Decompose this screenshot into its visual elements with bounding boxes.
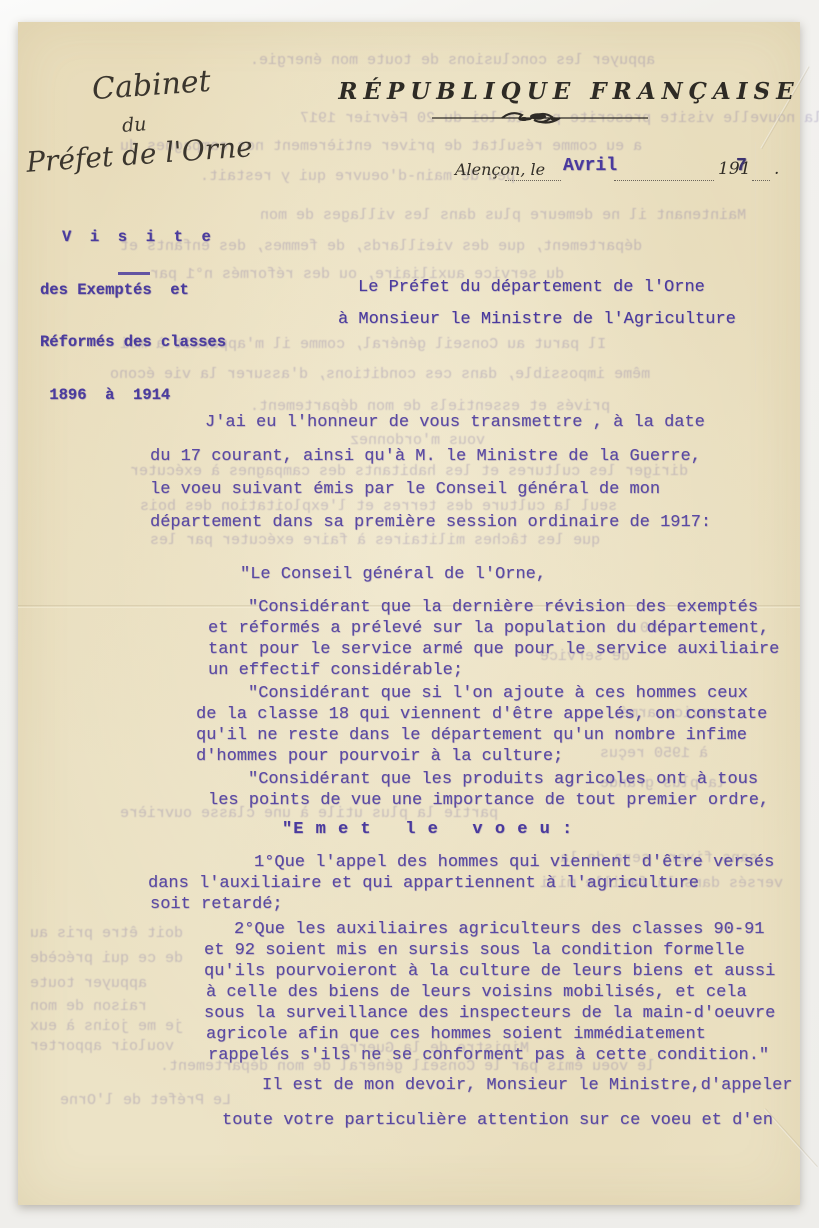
bleedthrough-text: de ce qui précède bbox=[30, 950, 183, 967]
body-line: J'ai eu l'honneur de vous transmettre , … bbox=[205, 413, 705, 432]
body-line: de la classe 18 qui viennent d'être appe… bbox=[196, 705, 767, 724]
body-line: sous la surveillance des inspecteurs de … bbox=[204, 1004, 775, 1023]
stamp-underline bbox=[118, 272, 150, 275]
scanned-letter-background: { "letterhead": { "cabinet_word": "Cabin… bbox=[0, 0, 819, 1228]
republique-francaise-title: RÉPUBLIQUE FRANÇAISE bbox=[336, 78, 802, 105]
stamp-line: des Exemptés et bbox=[40, 282, 226, 300]
ornament-divider-icon bbox=[432, 108, 648, 131]
body-line: "Considérant que les produits agricoles … bbox=[248, 770, 758, 789]
stamp-line: Réformés des classes bbox=[40, 334, 226, 352]
dotted-leader bbox=[752, 162, 770, 181]
bleedthrough-text: je me joins à eux bbox=[30, 1018, 183, 1035]
body-line: "Le Conseil général de l'Orne, bbox=[240, 565, 546, 584]
body-line: toute votre particulière attention sur c… bbox=[222, 1111, 773, 1130]
dotted-leader bbox=[505, 162, 561, 181]
body-line: "Considérant que si l'on ajoute à ces ho… bbox=[248, 684, 748, 703]
recipient-line: à Monsieur le Ministre de l'Agriculture bbox=[338, 310, 736, 329]
body-line: département dans sa première session ord… bbox=[150, 513, 711, 532]
bleedthrough-text: appuyer les conclusions de toute mon éne… bbox=[250, 52, 655, 69]
bleedthrough-text: vouloir apporter bbox=[30, 1038, 174, 1055]
body-line: du 17 courant, ainsi qu'à M. le Ministre… bbox=[150, 447, 701, 466]
body-line: "Considérant que la dernière révision de… bbox=[248, 598, 758, 617]
body-line: à celle des biens de leurs voisins mobil… bbox=[206, 983, 747, 1002]
body-line: et 92 soient mis en sursis sous la condi… bbox=[204, 941, 745, 960]
cabinet-script-line2: du bbox=[121, 113, 147, 137]
body-line: Il est de mon devoir, Monsieur le Minist… bbox=[262, 1076, 793, 1095]
bleedthrough-text: que les tâches militaires à faire exécut… bbox=[150, 532, 600, 549]
body-line: soit retardé; bbox=[150, 895, 283, 914]
body-line: un effectif considérable; bbox=[208, 661, 463, 680]
body-line: le voeu suivant émis par le Conseil géné… bbox=[150, 480, 660, 499]
sender-line: Le Préfet du département de l'Orne bbox=[358, 278, 705, 297]
body-line: 1°Que l'appel des hommes qui viennent d'… bbox=[254, 853, 774, 872]
bleedthrough-text: appuyer toute bbox=[30, 975, 147, 992]
cabinet-script-line1: Cabinet bbox=[91, 64, 212, 107]
emet-le-voeu-line: "E m e t l e v o e u : bbox=[282, 820, 573, 839]
dotted-leader bbox=[614, 162, 714, 181]
bleedthrough-text: Maintenant il ne demeure plus dans les v… bbox=[260, 207, 746, 224]
bleedthrough-text: Le Préfet de l'Orne bbox=[60, 1092, 231, 1109]
body-line: rappelés s'ils ne se conforment pas à ce… bbox=[208, 1046, 769, 1065]
body-line: qu'ils pourvoieront à la culture de leur… bbox=[204, 962, 775, 981]
body-line: agricole afin que ces hommes soient immé… bbox=[206, 1025, 706, 1044]
bleedthrough-text: raison de mon bbox=[30, 998, 147, 1015]
body-line: d'hommes pour pourvoir à la culture; bbox=[196, 747, 563, 766]
date-end-period: . bbox=[774, 159, 779, 179]
body-line: dans l'auxiliaire et qui appartiennent à… bbox=[148, 874, 699, 893]
typed-month: Avril bbox=[563, 156, 617, 176]
bleedthrough-text: doit être pris au bbox=[30, 925, 183, 942]
bleedthrough-text: à 1950 reçus bbox=[600, 745, 708, 762]
body-line: tant pour le service armé que pour le se… bbox=[208, 640, 779, 659]
stamp-line: 1896 à 1914 bbox=[40, 387, 226, 405]
typed-year-digit: 7 bbox=[736, 156, 747, 176]
letter-page: appuyer les conclusions de toute mon éne… bbox=[18, 22, 800, 1205]
body-line: et réformés a prélevé sur la population … bbox=[208, 619, 769, 638]
subject-stamp: V i s i t e des Exemptés et Réformés des… bbox=[40, 194, 226, 439]
body-line: qu'il ne reste dans le département qu'un… bbox=[196, 726, 747, 745]
body-line: les points de vue une importance de tout… bbox=[208, 791, 769, 810]
body-line: 2°Que les auxiliaires agriculteurs des c… bbox=[234, 920, 765, 939]
stamp-line: V i s i t e bbox=[40, 229, 226, 247]
